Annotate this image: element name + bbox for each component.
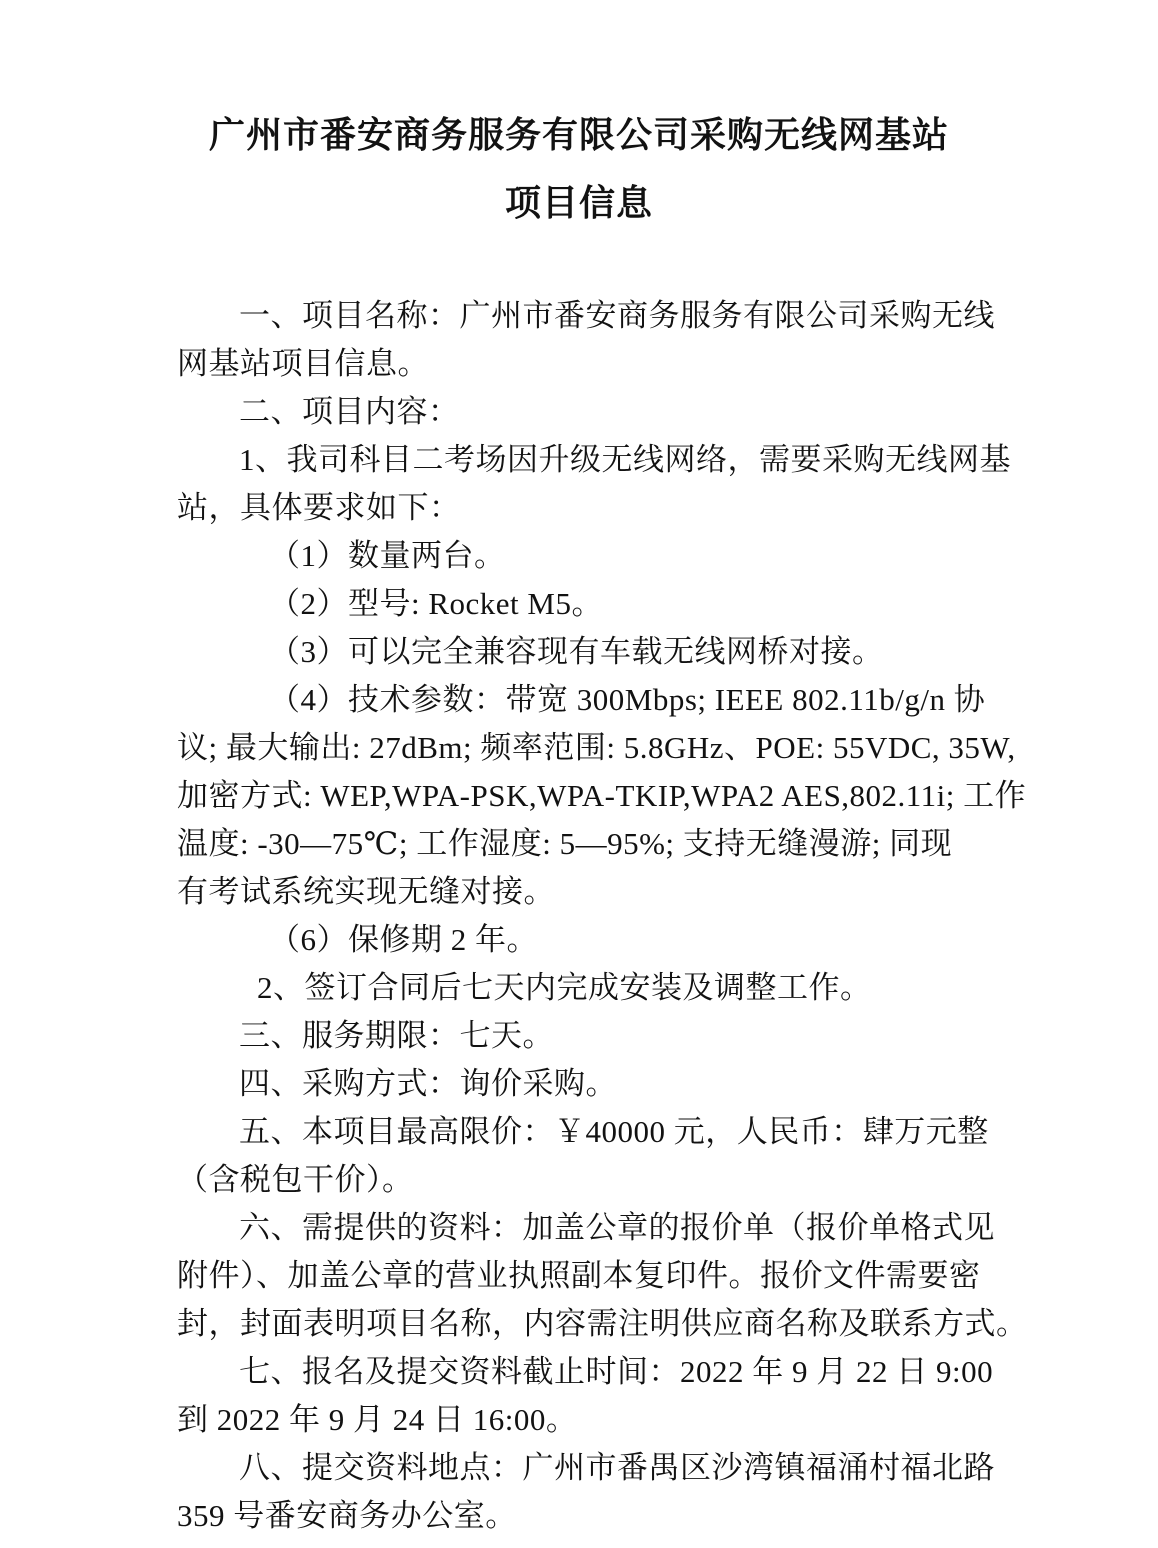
doc-line-12: 温度: -30—75℃; 工作湿度: 5—95%; 支持无缝漫游; 同现 bbox=[177, 820, 987, 868]
doc-line-02: 网基站项目信息。 bbox=[177, 340, 987, 388]
doc-line-25: 八、提交资料地点：广州市番禺区沙湾镇福涌村福北路 bbox=[177, 1444, 987, 1492]
doc-line-14: （6）保修期 2 年。 bbox=[177, 916, 987, 964]
doc-line-18: 五、本项目最高限价：￥40000 元，人民币：肆万元整 bbox=[177, 1108, 987, 1156]
doc-line-21: 附件）、加盖公章的营业执照副本复印件。报价文件需要密 bbox=[177, 1252, 987, 1300]
doc-line-22: 封，封面表明项目名称，内容需注明供应商名称及联系方式。 bbox=[177, 1300, 987, 1348]
doc-line-13: 有考试系统实现无缝对接。 bbox=[177, 868, 987, 916]
doc-line-19: （含税包干价）。 bbox=[177, 1156, 987, 1204]
doc-line-10: 议; 最大输出: 27dBm; 频率范围: 5.8GHz、POE: 55VDC,… bbox=[177, 724, 987, 772]
doc-line-01: 一、项目名称：广州市番安商务服务有限公司采购无线 bbox=[177, 292, 987, 340]
doc-line-09: （4）技术参数：带宽 300Mbps; IEEE 802.11b/g/n 协 bbox=[177, 676, 987, 724]
doc-line-03: 二、项目内容： bbox=[177, 388, 987, 436]
doc-line-23: 七、报名及提交资料截止时间：2022 年 9 月 22 日 9:00 bbox=[177, 1348, 987, 1396]
doc-line-08: （3）可以完全兼容现有车载无线网桥对接。 bbox=[177, 628, 987, 676]
document-title-line-1: 广州市番安商务服务有限公司采购无线网基站 bbox=[0, 101, 1158, 169]
doc-line-24: 到 2022 年 9 月 24 日 16:00。 bbox=[177, 1396, 987, 1444]
doc-line-04: 1、我司科目二考场因升级无线网络，需要采购无线网基 bbox=[177, 436, 987, 484]
doc-line-05: 站，具体要求如下： bbox=[177, 484, 987, 532]
doc-line-16: 三、服务期限：七天。 bbox=[177, 1012, 987, 1060]
doc-line-20: 六、需提供的资料：加盖公章的报价单（报价单格式见 bbox=[177, 1204, 987, 1252]
document-body: 一、项目名称：广州市番安商务服务有限公司采购无线 网基站项目信息。 二、项目内容… bbox=[177, 292, 987, 1540]
doc-line-26: 359 号番安商务办公室。 bbox=[177, 1492, 987, 1540]
doc-line-06: （1）数量两台。 bbox=[177, 532, 987, 580]
document-page: 广州市番安商务服务有限公司采购无线网基站 项目信息 一、项目名称：广州市番安商务… bbox=[0, 0, 1158, 1548]
doc-line-17: 四、采购方式：询价采购。 bbox=[177, 1060, 987, 1108]
document-title-line-2: 项目信息 bbox=[0, 169, 1158, 237]
doc-line-15: 2、签订合同后七天内完成安装及调整工作。 bbox=[177, 964, 987, 1012]
doc-line-07: （2）型号: Rocket M5。 bbox=[177, 580, 987, 628]
document-title: 广州市番安商务服务有限公司采购无线网基站 项目信息 bbox=[0, 101, 1158, 237]
doc-line-11: 加密方式: WEP,WPA-PSK,WPA-TKIP,WPA2 AES,802.… bbox=[177, 772, 987, 820]
